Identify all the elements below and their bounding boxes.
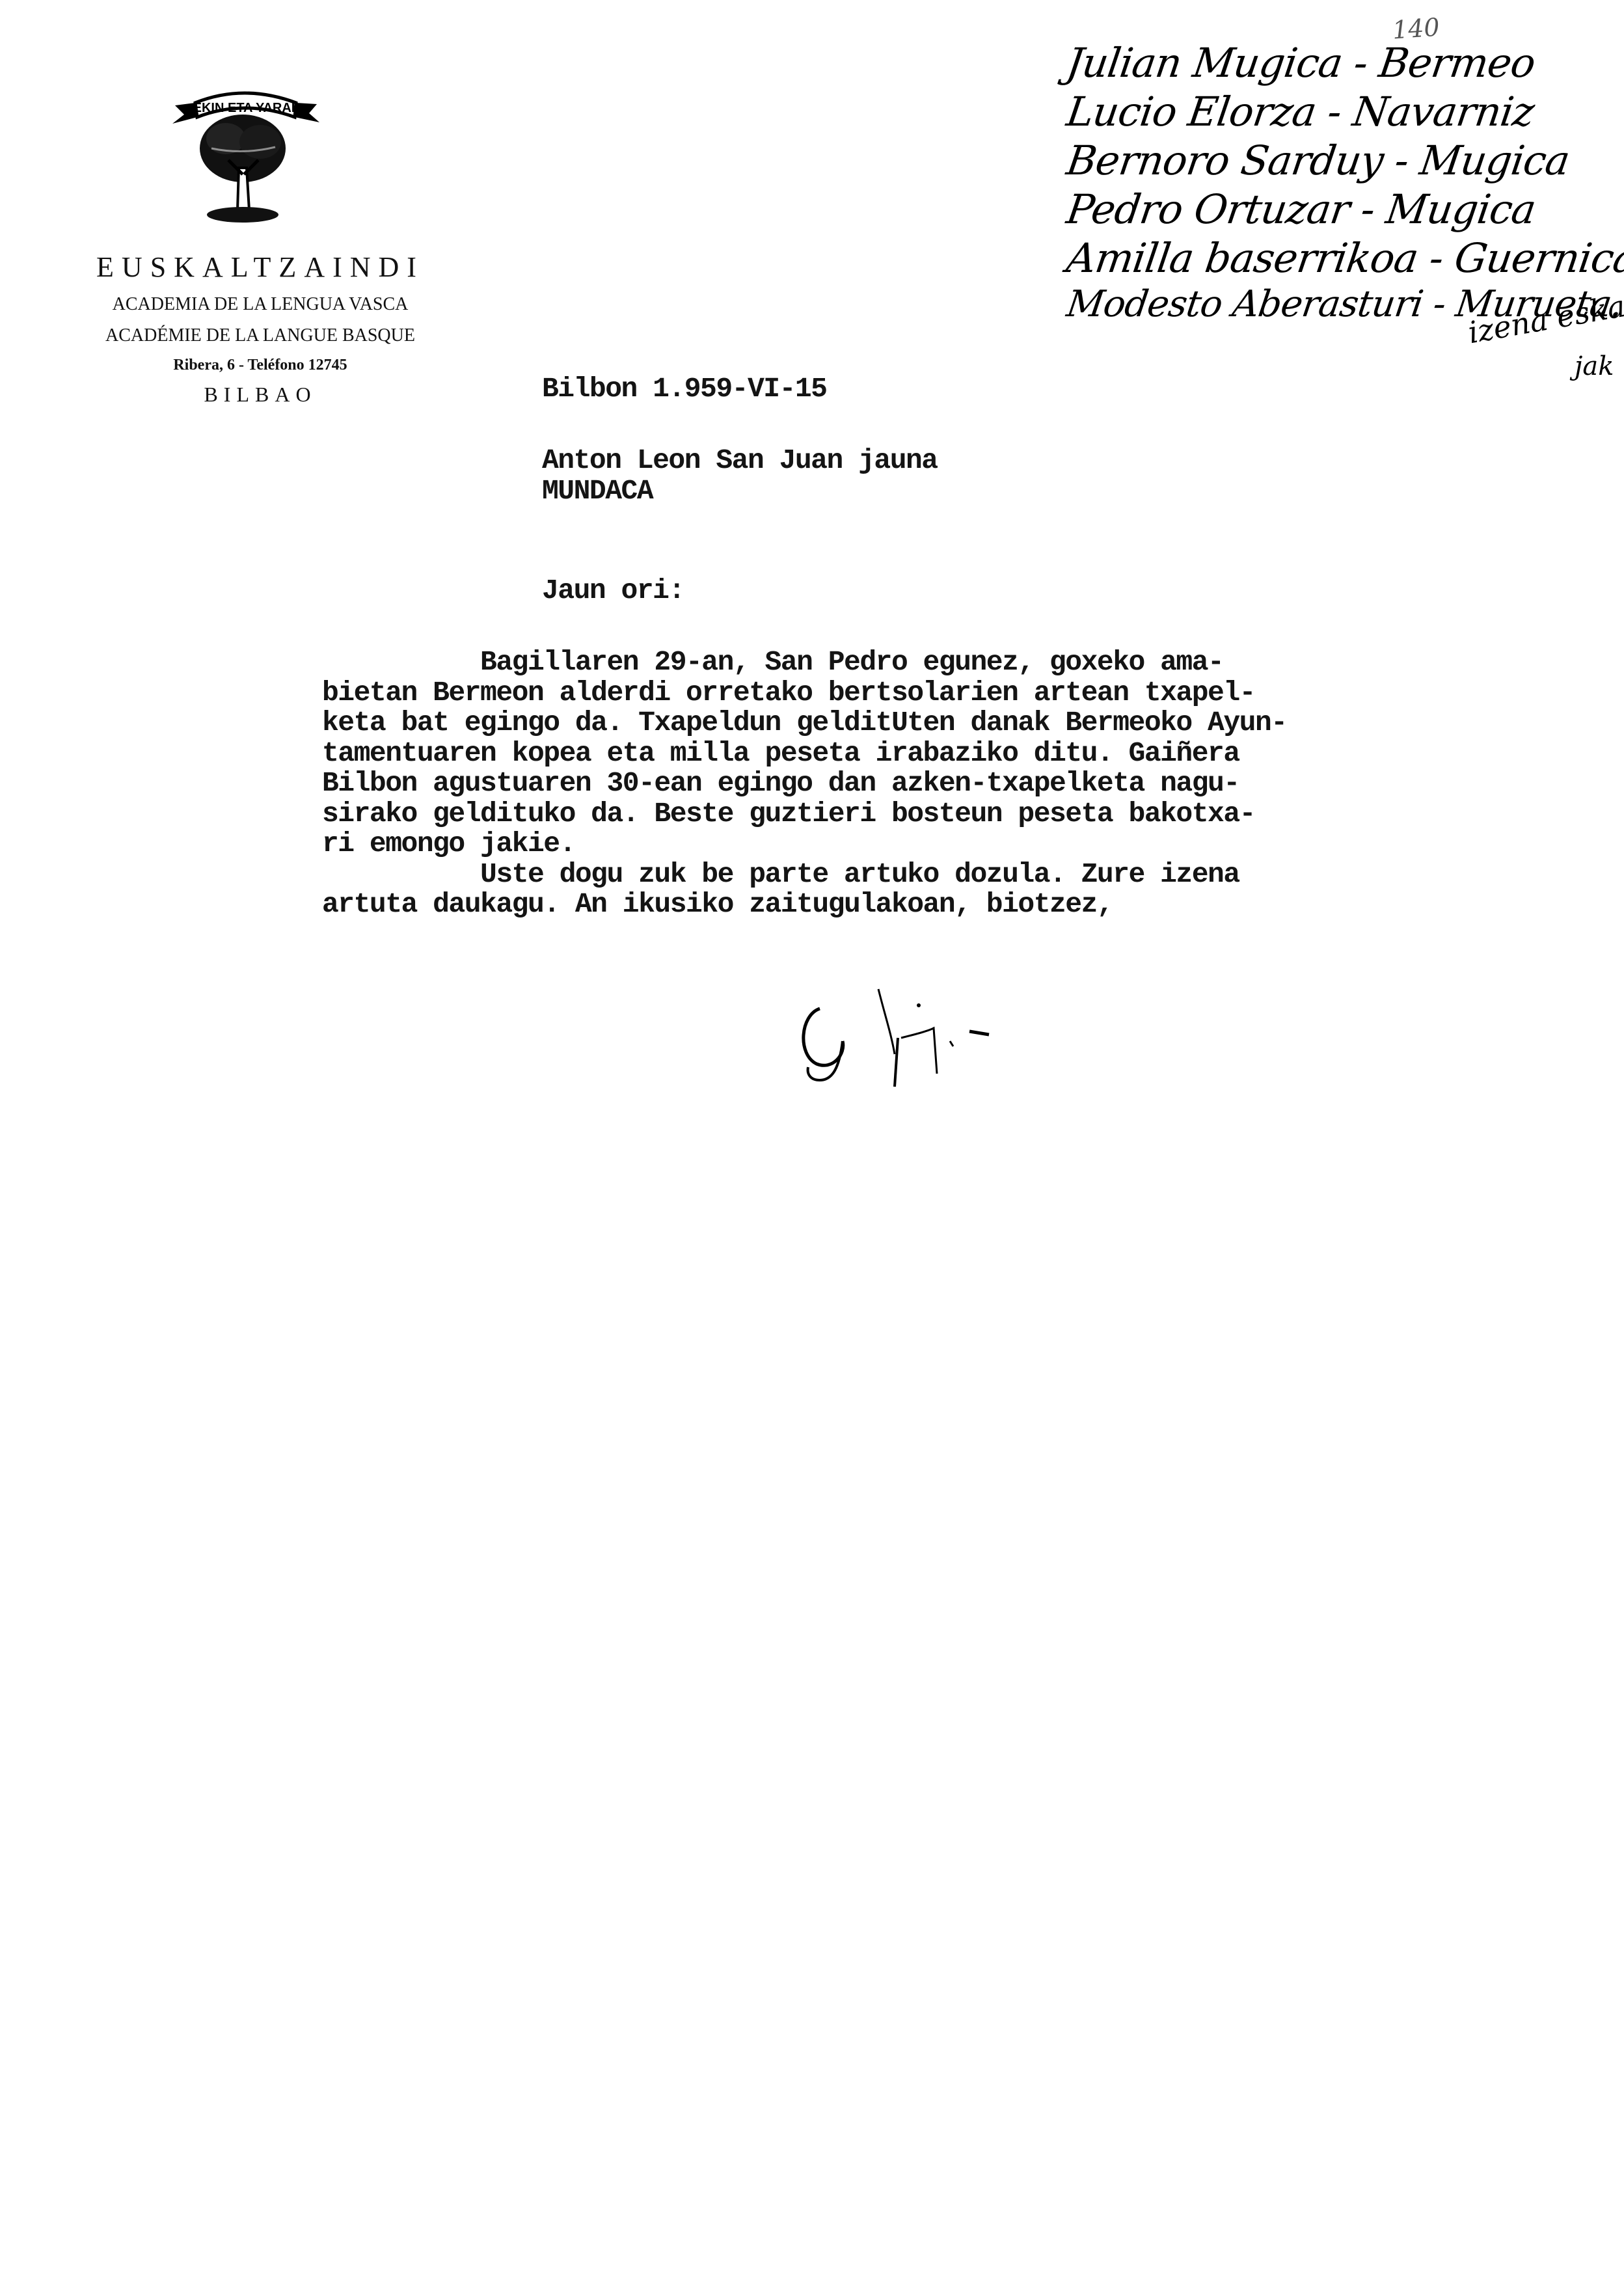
margin-note: jak xyxy=(1575,351,1614,381)
body-line: artuta daukagu. An ikusiko zaitugulakoan… xyxy=(322,890,1287,920)
letter-body: Bagillaren 29-an, San Pedro egunez, goxe… xyxy=(322,647,1287,920)
recipient-place: MUNDACA xyxy=(542,475,653,507)
body-line: sirako geldituko da. Beste guztieri bost… xyxy=(322,799,1287,830)
organization-name: EUSKALTZAINDI xyxy=(65,251,455,284)
city: BILBAO xyxy=(65,383,455,407)
handwritten-line: Amilla baserrikoa - Guernica xyxy=(1064,234,1624,282)
handwritten-line: Julian Mugica - Bermeo xyxy=(1064,39,1538,87)
subtitle-french: ACADÉMIE DE LA LANGUE BASQUE xyxy=(65,325,455,346)
handwritten-signature-icon xyxy=(774,976,1008,1100)
recipient-name: Anton Leon San Juan jauna xyxy=(542,444,938,476)
body-line: Uste dogu zuk be parte artuko dozula. Zu… xyxy=(322,860,1287,890)
body-line: Bagillaren 29-an, San Pedro egunez, goxe… xyxy=(322,647,1287,678)
svg-text:EKIN ETA YARAI: EKIN ETA YARAI xyxy=(193,101,295,115)
tree-emblem-icon: EKIN ETA YARAI xyxy=(166,77,322,226)
letter-page: EKIN ETA YARAI EUSKALTZAINDI ACADEMIA DE… xyxy=(0,0,1624,2282)
handwritten-line: Bernoro Sarduy - Mugica xyxy=(1064,137,1573,184)
handwritten-line: Lucio Elorza - Navarniz xyxy=(1064,88,1537,135)
subtitle-spanish: ACADEMIA DE LA LENGUA VASCA xyxy=(65,294,455,315)
handwritten-line: Pedro Ortuzar - Mugica xyxy=(1064,185,1539,233)
body-line: keta bat egingo da. Txapeldun gelditUten… xyxy=(322,708,1287,739)
address: Ribera, 6 - Teléfono 12745 xyxy=(65,357,455,374)
body-line: bietan Bermeon alderdi orretako bertsola… xyxy=(322,678,1287,709)
body-line: ri emongo jakie. xyxy=(322,829,1287,860)
body-line: tamentuaren kopea eta milla peseta iraba… xyxy=(322,739,1287,769)
greeting: Jaun ori: xyxy=(542,576,684,606)
letter-date: Bilbon 1.959-VI-15 xyxy=(542,374,826,405)
body-line: Bilbon agustuaren 30-ean egingo dan azke… xyxy=(322,768,1287,799)
recipient-block: Anton Leon San Juan jauna MUNDACA xyxy=(542,446,938,506)
